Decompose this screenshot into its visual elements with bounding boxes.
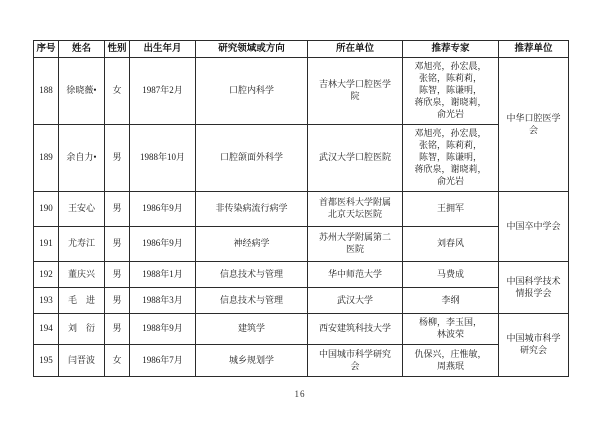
document-page: 序号 姓名 性别 出生年月 研究领域或方向 所在单位 推荐专家 推荐单位 188… (0, 0, 600, 424)
recommender-line: 中国科学技术 (501, 276, 566, 288)
expert-line: 张铭，陈莉莉， (405, 73, 496, 85)
unit-line: 北京天坛医院 (310, 209, 400, 221)
birth-cell: 1986年9月 (130, 192, 196, 227)
header-field: 研究领域或方向 (196, 41, 308, 58)
recommender-cell: 中国卒中学会 (499, 192, 569, 262)
candidates-table: 序号 姓名 性别 出生年月 研究领域或方向 所在单位 推荐专家 推荐单位 188… (33, 40, 569, 377)
seq-cell: 194 (34, 314, 59, 345)
gender-cell: 男 (105, 192, 130, 227)
header-gender: 性别 (105, 41, 130, 58)
experts-cell: 邓旭亮，孙宏晨， 张铭，陈莉莉， 陈智，陈谦明， 蒋欣泉，谢晓莉， 俞光岩 (403, 125, 499, 192)
expert-line: 陈智，陈谦明， (405, 85, 496, 97)
table-row: 191 尤寿江 男 1986年9月 神经病学 苏州大学附属第二 医院 刘春风 (34, 227, 569, 262)
header-row: 序号 姓名 性别 出生年月 研究领域或方向 所在单位 推荐专家 推荐单位 (34, 41, 569, 58)
gender-cell: 男 (105, 125, 130, 192)
expert-line: 林波荣 (405, 329, 496, 341)
field-cell: 口腔颌面外科学 (196, 125, 308, 192)
expert-line: 王拥军 (405, 203, 496, 215)
unit-line: 武汉大学 (310, 295, 400, 307)
name-cell: 徐晓薇• (59, 58, 105, 125)
header-seq: 序号 (34, 41, 59, 58)
experts-cell: 马费成 (403, 262, 499, 288)
header-birth: 出生年月 (130, 41, 196, 58)
header-name: 姓名 (59, 41, 105, 58)
table-row: 194 刘 衍 男 1988年9月 建筑学 西安建筑科技大学 杨柳，李玉国， 林… (34, 314, 569, 345)
unit-line: 西安建筑科技大学 (310, 323, 400, 335)
recommender-line: 情报学会 (501, 288, 566, 300)
unit-cell: 西安建筑科技大学 (308, 314, 403, 345)
unit-line: 武汉大学口腔医院 (310, 152, 400, 164)
unit-line: 医院 (310, 244, 400, 256)
expert-line: 刘春风 (405, 238, 496, 250)
seq-cell: 189 (34, 125, 59, 192)
unit-line: 院 (310, 91, 400, 103)
expert-line: 周燕珉 (405, 361, 496, 373)
expert-line: 仇保兴，庄惟敏， (405, 349, 496, 361)
seq-cell: 190 (34, 192, 59, 227)
name-cell: 王安心 (59, 192, 105, 227)
birth-cell: 1986年9月 (130, 227, 196, 262)
unit-cell: 苏州大学附属第二 医院 (308, 227, 403, 262)
seq-cell: 191 (34, 227, 59, 262)
recommender-cell: 中国科学技术 情报学会 (499, 262, 569, 314)
field-cell: 建筑学 (196, 314, 308, 345)
table-row: 195 闫晋波 女 1986年7月 城乡规划学 中国城市科学研究 会 仇保兴，庄… (34, 345, 569, 377)
gender-cell: 男 (105, 227, 130, 262)
experts-cell: 杨柳，李玉国， 林波荣 (403, 314, 499, 345)
name-cell: 闫晋波 (59, 345, 105, 377)
name-cell: 毛 进 (59, 288, 105, 314)
unit-cell: 中国城市科学研究 会 (308, 345, 403, 377)
gender-cell: 女 (105, 345, 130, 377)
recommender-line: 中国卒中学会 (501, 221, 566, 233)
field-cell: 神经病学 (196, 227, 308, 262)
birth-cell: 1988年1月 (130, 262, 196, 288)
birth-cell: 1988年3月 (130, 288, 196, 314)
expert-line: 张铭，陈莉莉， (405, 140, 496, 152)
expert-line: 蒋欣泉，谢晓莉， (405, 164, 496, 176)
seq-cell: 192 (34, 262, 59, 288)
table-row: 190 王安心 男 1986年9月 非传染病流行病学 首都医科大学附属 北京天坛… (34, 192, 569, 227)
recommender-line: 会 (501, 125, 566, 137)
header-experts: 推荐专家 (403, 41, 499, 58)
unit-cell: 武汉大学 (308, 288, 403, 314)
recommender-cell: 中华口腔医学 会 (499, 58, 569, 192)
birth-cell: 1987年2月 (130, 58, 196, 125)
unit-line: 首都医科大学附属 (310, 197, 400, 209)
gender-cell: 男 (105, 288, 130, 314)
gender-cell: 女 (105, 58, 130, 125)
table-row: 192 董庆兴 男 1988年1月 信息技术与管理 华中师范大学 马费成 中国科… (34, 262, 569, 288)
unit-cell: 华中师范大学 (308, 262, 403, 288)
unit-cell: 武汉大学口腔医院 (308, 125, 403, 192)
unit-line: 会 (310, 361, 400, 373)
unit-cell: 首都医科大学附属 北京天坛医院 (308, 192, 403, 227)
experts-cell: 李纲 (403, 288, 499, 314)
header-recommender: 推荐单位 (499, 41, 569, 58)
birth-cell: 1988年10月 (130, 125, 196, 192)
seq-cell: 193 (34, 288, 59, 314)
recommender-line: 中华口腔医学 (501, 113, 566, 125)
recommender-line: 研究会 (501, 345, 566, 357)
table-row: 193 毛 进 男 1988年3月 信息技术与管理 武汉大学 李纲 (34, 288, 569, 314)
expert-line: 邓旭亮，孙宏晨， (405, 128, 496, 140)
expert-line: 邓旭亮，孙宏晨， (405, 61, 496, 73)
expert-line: 马费成 (405, 269, 496, 281)
unit-line: 中国城市科学研究 (310, 349, 400, 361)
expert-line: 杨柳，李玉国， (405, 317, 496, 329)
header-unit: 所在单位 (308, 41, 403, 58)
expert-line: 陈智，陈谦明， (405, 152, 496, 164)
table-row: 189 余自力• 男 1988年10月 口腔颌面外科学 武汉大学口腔医院 邓旭亮… (34, 125, 569, 192)
unit-line: 华中师范大学 (310, 269, 400, 281)
expert-line: 俞光岩 (405, 109, 496, 121)
field-cell: 信息技术与管理 (196, 288, 308, 314)
birth-cell: 1988年9月 (130, 314, 196, 345)
experts-cell: 刘春风 (403, 227, 499, 262)
seq-cell: 195 (34, 345, 59, 377)
name-cell: 尤寿江 (59, 227, 105, 262)
page-number: 16 (0, 389, 600, 399)
unit-line: 苏州大学附属第二 (310, 232, 400, 244)
field-cell: 非传染病流行病学 (196, 192, 308, 227)
table-row: 188 徐晓薇• 女 1987年2月 口腔内科学 吉林大学口腔医学 院 邓旭亮，… (34, 58, 569, 125)
expert-line: 蒋欣泉，谢晓莉， (405, 97, 496, 109)
field-cell: 口腔内科学 (196, 58, 308, 125)
experts-cell: 王拥军 (403, 192, 499, 227)
experts-cell: 邓旭亮，孙宏晨， 张铭，陈莉莉， 陈智，陈谦明， 蒋欣泉，谢晓莉， 俞光岩 (403, 58, 499, 125)
expert-line: 俞光岩 (405, 176, 496, 188)
name-cell: 刘 衍 (59, 314, 105, 345)
gender-cell: 男 (105, 314, 130, 345)
birth-cell: 1986年7月 (130, 345, 196, 377)
seq-cell: 188 (34, 58, 59, 125)
experts-cell: 仇保兴，庄惟敏， 周燕珉 (403, 345, 499, 377)
recommender-cell: 中国城市科学 研究会 (499, 314, 569, 377)
name-cell: 余自力• (59, 125, 105, 192)
unit-line: 吉林大学口腔医学 (310, 79, 400, 91)
expert-line: 李纲 (405, 295, 496, 307)
field-cell: 信息技术与管理 (196, 262, 308, 288)
gender-cell: 男 (105, 262, 130, 288)
recommender-line: 中国城市科学 (501, 333, 566, 345)
name-cell: 董庆兴 (59, 262, 105, 288)
unit-cell: 吉林大学口腔医学 院 (308, 58, 403, 125)
field-cell: 城乡规划学 (196, 345, 308, 377)
